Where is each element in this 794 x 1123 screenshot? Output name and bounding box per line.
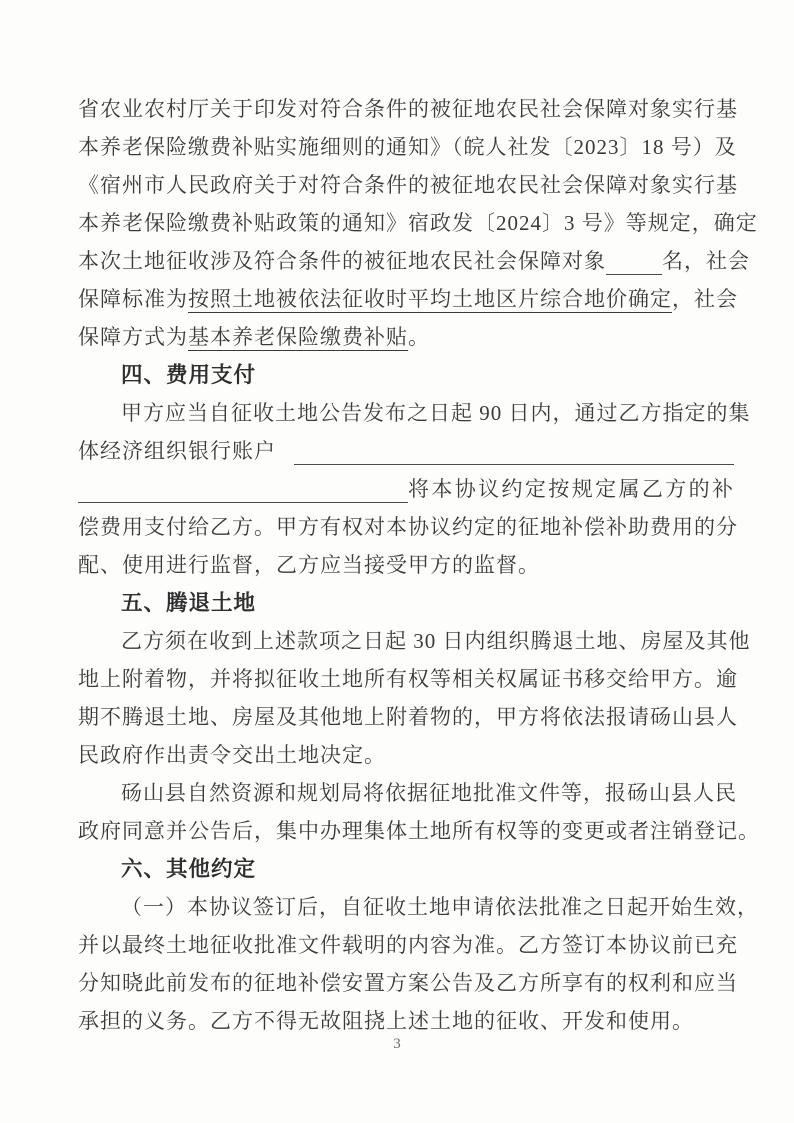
document-page: 省农业农村厅关于印发对符合条件的被征地农民社会保障对象实行基本养老保险缴费补贴实… <box>0 0 794 1123</box>
para-social-security-line-4: 本养老保险缴费补贴政策的通知》宿政发〔2024〕3 号》等规定，确定 <box>78 204 734 242</box>
text-segment: 四、费用支付 <box>121 356 256 394</box>
section-heading-vacate-land: 五、腾退土地 <box>78 584 734 622</box>
para-fee-payment-line-3: 将本协议约定按规定属乙方的补 <box>78 470 734 508</box>
text-segment: 地上附着物，并将拟征收土地所有权等相关权属证书移交给甲方。逾 <box>78 660 738 698</box>
text-segment: 将本协议约定按规定属乙方的补 <box>408 470 734 508</box>
text-segment: 民政府作出责令交出土地决定。 <box>78 736 386 774</box>
text-segment: 偿费用支付给乙方。甲方有权对本协议约定的征地补偿补助费用的分 <box>78 508 738 546</box>
underlined-text: 基本养老保险缴费补贴 <box>188 318 408 356</box>
text-segment: 承担的义务。乙方不得无故阻挠上述土地的征收、开发和使用。 <box>78 1002 694 1040</box>
text-segment: 保障标准为 <box>78 280 188 318</box>
text-segment: 本养老保险缴费补贴实施细则的通知》（皖人社发〔2023〕18 号）及 <box>78 128 737 166</box>
text-segment: 政府同意并公告后，集中办理集体土地所有权等的变更或者注销登记。 <box>78 812 760 850</box>
text-segment: 《宿州市人民政府关于对符合条件的被征地农民社会保障对象实行基 <box>78 166 738 204</box>
para-vacate-land-line-2: 地上附着物，并将拟征收土地所有权等相关权属证书移交给甲方。逾 <box>78 660 734 698</box>
text-segment: 乙方须在收到上述款项之日起 30 日内组织腾退土地、房屋及其他 <box>121 622 751 660</box>
text-segment: 名，社会 <box>662 242 750 280</box>
blank-underline-field <box>294 464 734 465</box>
para-social-security-line-2: 本养老保险缴费补贴实施细则的通知》（皖人社发〔2023〕18 号）及 <box>78 128 734 166</box>
underlined-text: 按照土地被依法征收时平均土地区片综合地价确定 <box>188 280 672 318</box>
text-segment: 六、其他约定 <box>121 850 256 888</box>
para-other-terms-line-2: 并以最终土地征收批准文件载明的内容为准。乙方签订本协议前已充 <box>78 926 734 964</box>
para-vacate-land-line-4: 民政府作出责令交出土地决定。 <box>78 736 734 774</box>
text-segment: 配、使用进行监督，乙方应当接受甲方的监督。 <box>78 546 540 584</box>
text-segment: 。 <box>408 318 430 356</box>
para-social-security-line-3: 《宿州市人民政府关于对符合条件的被征地农民社会保障对象实行基 <box>78 166 734 204</box>
para-registration-line-2: 政府同意并公告后，集中办理集体土地所有权等的变更或者注销登记。 <box>78 812 734 850</box>
text-segment: 体经济组织银行账户 <box>78 432 276 470</box>
para-social-security-line-1: 省农业农村厅关于印发对符合条件的被征地农民社会保障对象实行基 <box>78 90 734 128</box>
para-fee-payment-line-5: 配、使用进行监督，乙方应当接受甲方的监督。 <box>78 546 734 584</box>
para-fee-payment-line-1: 甲方应当自征收土地公告发布之日起 90 日内，通过乙方指定的集 <box>78 394 734 432</box>
para-other-terms-line-1: （一）本协议签订后，自征收土地申请依法批准之日起开始生效， <box>78 888 734 926</box>
text-segment: 甲方应当自征收土地公告发布之日起 90 日内，通过乙方指定的集 <box>121 394 751 432</box>
para-vacate-land-line-3: 期不腾退土地、房屋及其他地上附着物的，甲方将依法报请砀山县人 <box>78 698 734 736</box>
text-segment: 本次土地征收涉及符合条件的被征地农民社会保障对象 <box>78 242 606 280</box>
text-segment: （一）本协议签订后，自征收土地申请依法批准之日起开始生效， <box>121 888 759 926</box>
para-social-security-line-7: 保障方式为基本养老保险缴费补贴。 <box>78 318 734 356</box>
text-segment: 五、腾退土地 <box>121 584 256 622</box>
text-block: 省农业农村厅关于印发对符合条件的被征地农民社会保障对象实行基本养老保险缴费补贴实… <box>78 90 734 1040</box>
para-other-terms-line-4: 承担的义务。乙方不得无故阻挠上述土地的征收、开发和使用。 <box>78 1002 734 1040</box>
para-fee-payment-line-4: 偿费用支付给乙方。甲方有权对本协议约定的征地补偿补助费用的分 <box>78 508 734 546</box>
text-segment: 并以最终土地征收批准文件载明的内容为准。乙方签订本协议前已充 <box>78 926 738 964</box>
blank-underline-field <box>606 274 662 275</box>
para-social-security-line-5: 本次土地征收涉及符合条件的被征地农民社会保障对象名，社会 <box>78 242 734 280</box>
text-segment: 本养老保险缴费补贴政策的通知》宿政发〔2024〕3 号》等规定，确定 <box>78 204 758 242</box>
text-segment: 砀山县自然资源和规划局将依据征地批准文件等，报砀山县人民 <box>121 774 737 812</box>
section-heading-other-terms: 六、其他约定 <box>78 850 734 888</box>
text-segment: 省农业农村厅关于印发对符合条件的被征地农民社会保障对象实行基 <box>78 90 738 128</box>
text-segment: 期不腾退土地、房屋及其他地上附着物的，甲方将依法报请砀山县人 <box>78 698 738 736</box>
para-other-terms-line-3: 分知晓此前发布的征地补偿安置方案公告及乙方所享有的权利和应当 <box>78 964 734 1002</box>
para-vacate-land-line-1: 乙方须在收到上述款项之日起 30 日内组织腾退土地、房屋及其他 <box>78 622 734 660</box>
text-segment: ，社会 <box>672 280 738 318</box>
para-social-security-line-6: 保障标准为按照土地被依法征收时平均土地区片综合地价确定，社会 <box>78 280 734 318</box>
text-segment: 保障方式为 <box>78 318 188 356</box>
text-segment: 分知晓此前发布的征地补偿安置方案公告及乙方所享有的权利和应当 <box>78 964 738 1002</box>
page-number: 3 <box>0 1036 794 1053</box>
para-registration-line-1: 砀山县自然资源和规划局将依据征地批准文件等，报砀山县人民 <box>78 774 734 812</box>
para-fee-payment-line-2: 体经济组织银行账户 <box>78 432 734 470</box>
section-heading-fee-payment: 四、费用支付 <box>78 356 734 394</box>
blank-underline-field <box>78 502 408 503</box>
